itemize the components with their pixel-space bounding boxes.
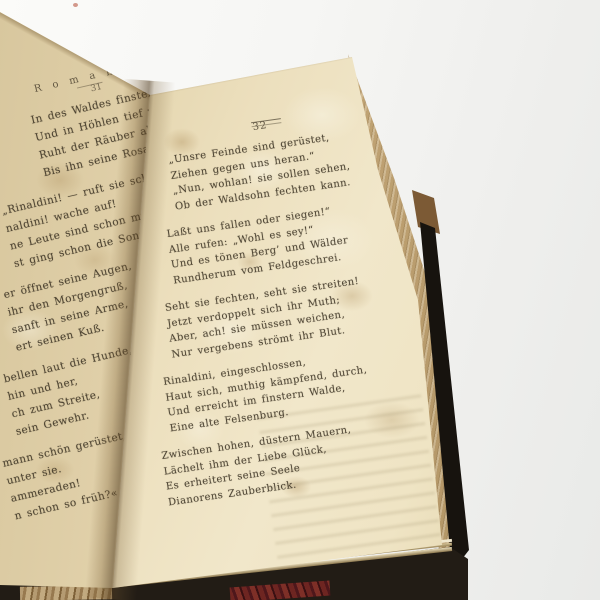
right-page-number-value: 32 (252, 120, 268, 133)
left-page-number-value: 31 (90, 82, 103, 94)
marbled-paper-red (230, 581, 331, 600)
dust-speck (73, 3, 78, 7)
book-photo: R o m a n z e. 31 In des Waldes finstern… (0, 0, 600, 600)
